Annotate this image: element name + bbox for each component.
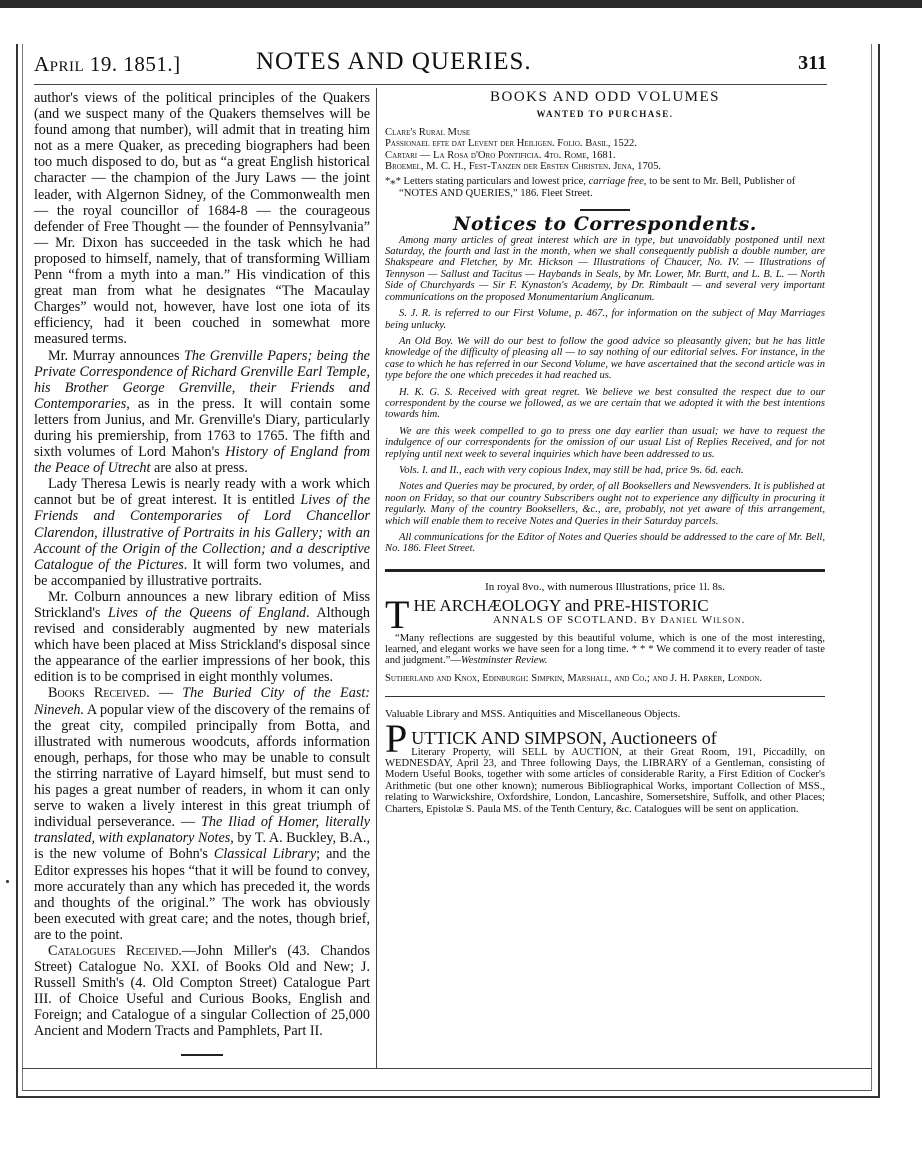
- auction-heading: Valuable Library and MSS. Antiquities an…: [385, 709, 825, 720]
- advert-publishers: Sutherland and Knox, Edinburgh: Simpkin,…: [385, 673, 825, 684]
- notice-item: Vols. I. and II., each with very copious…: [385, 465, 825, 476]
- left-column: author's views of the political principl…: [34, 90, 370, 1056]
- page-number: 311: [798, 52, 827, 75]
- dropcap: T: [385, 599, 409, 631]
- advert-rule: [385, 569, 825, 572]
- letters-note: *⁎* Letters stating particulars and lowe…: [385, 176, 825, 199]
- section-label-books-received: Books Received.: [48, 685, 150, 701]
- notice-item: H. K. G. S. Received with great regret. …: [385, 387, 825, 421]
- auction-title: UTTICK AND SIMPSON, Auctioneers of: [385, 729, 825, 747]
- notice-item: We are this week compelled to go to pres…: [385, 426, 825, 460]
- paragraph-penn: author's views of the political principl…: [34, 90, 370, 348]
- notice-item: Notes and Queries may be procured, by or…: [385, 481, 825, 527]
- wanted-item: Broemel, M. C. H., Fest-Tanzen der Erste…: [385, 161, 825, 172]
- paragraph-colburn: Mr. Colburn announces a new library edit…: [34, 589, 370, 686]
- advert-rule: [385, 696, 825, 697]
- advert-title: HE ARCHÆOLOGY and PRE-HISTORIC: [385, 597, 825, 615]
- page-bottom-rule: [22, 1068, 872, 1069]
- archaeology-advert: In royal 8vo., with numerous Illustratio…: [385, 582, 825, 684]
- paragraph-grenville: Mr. Murray announces The Grenville Paper…: [34, 348, 370, 477]
- wanted-item: Cartari — La Rosa d'Oro Pontificia. 4to.…: [385, 150, 825, 161]
- notices-title: Notices to Correspondents.: [385, 219, 825, 230]
- section-label-catalogues-received: Catalogues Received.: [48, 943, 182, 959]
- margin-mark: [6, 880, 9, 883]
- paragraph-books-received: Books Received. — The Buried City of the…: [34, 685, 370, 943]
- auction-advert: Valuable Library and MSS. Antiquities an…: [385, 709, 825, 815]
- paragraph-catalogues-received: Catalogues Received.—John Miller's (43. …: [34, 943, 370, 1040]
- wanted-item: Passionael efte dat Levent der Heiligen.…: [385, 138, 825, 149]
- wanted-item: Clare's Rural Muse: [385, 127, 825, 138]
- dropcap: P: [385, 723, 407, 755]
- advert-intro: In royal 8vo., with numerous Illustratio…: [385, 582, 825, 593]
- issue-date: April 19. 1851.]: [34, 52, 181, 77]
- section-rule: [580, 209, 630, 211]
- right-column: BOOKS AND ODD VOLUMES WANTED TO PURCHASE…: [385, 90, 825, 815]
- books-wanted-title: BOOKS AND ODD VOLUMES: [385, 92, 825, 103]
- column-divider: [376, 88, 377, 1068]
- advert-subtitle: ANNALS OF SCOTLAND. By Daniel Wilson.: [385, 615, 825, 626]
- paragraph-lewis: Lady Theresa Lewis is nearly ready with …: [34, 476, 370, 589]
- advert-review: “Many reflections are suggested by this …: [385, 633, 825, 667]
- books-wanted-subtitle: WANTED TO PURCHASE.: [385, 109, 825, 120]
- header-rule: [34, 84, 827, 85]
- end-rule: [181, 1054, 223, 1056]
- running-header: April 19. 1851.] NOTES AND QUERIES. 311: [34, 48, 824, 82]
- notice-item: All communications for the Editor of Not…: [385, 532, 825, 555]
- scan-top-edge: [0, 0, 922, 8]
- notice-item: An Old Boy. We will do our best to follo…: [385, 336, 825, 382]
- notice-item: Among many articles of great interest wh…: [385, 235, 825, 303]
- auction-body: Literary Property, will SELL by AUCTION,…: [385, 747, 825, 815]
- journal-title: NOTES AND QUERIES.: [256, 48, 532, 76]
- notice-item: S. J. R. is referred to our First Volume…: [385, 308, 825, 331]
